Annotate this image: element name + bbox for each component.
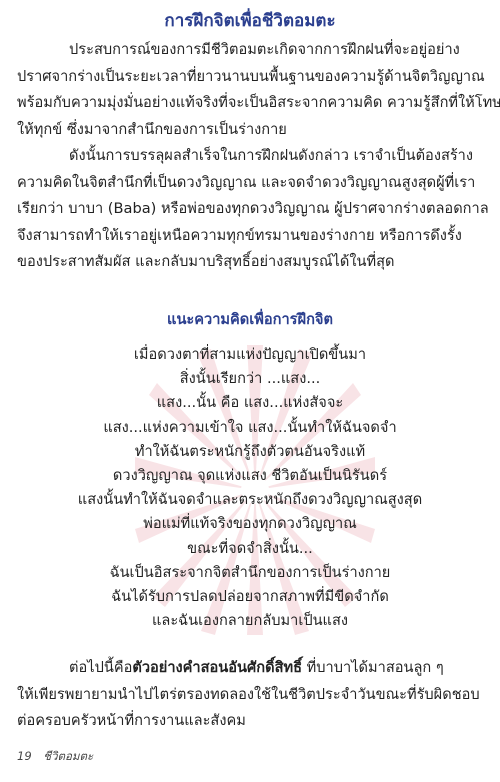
document-page: การฝึกจิตเพื่อชีวิตอมตะ ประสบการณ์ของการ… bbox=[0, 0, 500, 782]
paragraph-line: ความคิดในจิตสำนึกที่เป็นดวงวิญญาณ และจดจ… bbox=[17, 170, 485, 197]
section-heading: แนะความคิดเพื่อการฝึกจิต bbox=[0, 310, 500, 330]
paragraph-line: ของประสาทสัมผัส และกลับมาบริสุทธิ์อย่างส… bbox=[17, 249, 485, 276]
paragraph-line: ต่อไปนี้คือตัวอย่างคำสอนอันศักดิ์สิทธิ์ … bbox=[17, 655, 485, 682]
paragraph-line: ต่อครอบครัวหน้าที่การงานและสังคม bbox=[17, 708, 485, 735]
meditation-poem: เมื่อดวงตาที่สามแห่งปัญญาเปิดขึ้นมา สิ่ง… bbox=[0, 343, 500, 633]
paragraph-intro: ประสบการณ์ของการมีชีวิตอมตะเกิดจากการฝึก… bbox=[17, 37, 485, 143]
paragraph-line: ดังนั้นการบรรลุผลสำเร็จในการฝึกฝนดังกล่า… bbox=[17, 143, 485, 170]
paragraph-teachings: ต่อไปนี้คือตัวอย่างคำสอนอันศักดิ์สิทธิ์ … bbox=[17, 655, 485, 735]
page-number: 19 bbox=[17, 749, 32, 763]
poem-line: แสง...นั้น คือ แสง...แห่งสัจจะ bbox=[0, 391, 500, 415]
poem-line: ดวงวิญญาณ จุดแห่งแสง ชีวิตอันเป็นนิรันดร… bbox=[0, 464, 500, 488]
paragraph-line: เรียกว่า บาบา (Baba) หรือพ่อของทุกดวงวิญ… bbox=[17, 196, 485, 223]
poem-line: และฉันเองกลายกลับมาเป็นแสง bbox=[0, 609, 500, 633]
page-title: การฝึกจิตเพื่อชีวิตอมตะ bbox=[0, 10, 500, 32]
poem-line: เมื่อดวงตาที่สามแห่งปัญญาเปิดขึ้นมา bbox=[0, 343, 500, 367]
teachings-suffix: ที่บาบาได้มาสอนลูก ๆ bbox=[302, 659, 444, 676]
poem-line: สิ่งนั้นเรียกว่า ...แสง... bbox=[0, 367, 500, 391]
paragraph-line: จึงสามารถทำให้เราอยู่เหนือความทุกข์ทรมาน… bbox=[17, 223, 485, 250]
poem-line: ฉันได้รับการปลดปล่อยจากสภาพที่มีขีดจำกัด bbox=[0, 585, 500, 609]
poem-line: พ่อแม่ที่แท้จริงของทุกดวงวิญญาณ bbox=[0, 512, 500, 536]
paragraph-line: ให้ทุกข์ ซึ่งมาจากสำนึกของการเป็นร่างกาย bbox=[17, 117, 485, 144]
poem-line: ทำให้ฉันตระหนักรู้ถึงตัวตนอันจริงแท้ bbox=[0, 440, 500, 464]
teachings-emphasis: ตัวอย่างคำสอนอันศักดิ์สิทธิ์ bbox=[132, 659, 302, 676]
page-footer: 19 ชีวิตอมตะ bbox=[17, 748, 93, 766]
running-title: ชีวิตอมตะ bbox=[43, 749, 93, 763]
poem-line: แสงนั้นทำให้ฉันจดจำและตระหนักถึงดวงวิญญา… bbox=[0, 488, 500, 512]
paragraph-line: ประสบการณ์ของการมีชีวิตอมตะเกิดจากการฝึก… bbox=[17, 37, 485, 64]
paragraph-line: พร้อมกับความมุ่งมั่นอย่างแท้จริงที่จะเป็… bbox=[17, 90, 485, 117]
poem-line: ขณะที่จดจำสิ่งนั้น... bbox=[0, 537, 500, 561]
paragraph-line: ให้เพียรพยายามนำไปไตร่ตรองทดลองใช้ในชีวิ… bbox=[17, 682, 485, 709]
paragraph-practice: ดังนั้นการบรรลุผลสำเร็จในการฝึกฝนดังกล่า… bbox=[17, 143, 485, 276]
poem-line: แสง...แห่งความเข้าใจ แสง...นั้นทำให้ฉันจ… bbox=[0, 416, 500, 440]
paragraph-line: ปราศจากร่างเป็นระยะเวลาที่ยาวนานบนพื้นฐา… bbox=[17, 64, 485, 91]
teachings-prefix: ต่อไปนี้คือ bbox=[69, 659, 132, 676]
poem-line: ฉันเป็นอิสระจากจิตสำนึกของการเป็นร่างกาย bbox=[0, 561, 500, 585]
